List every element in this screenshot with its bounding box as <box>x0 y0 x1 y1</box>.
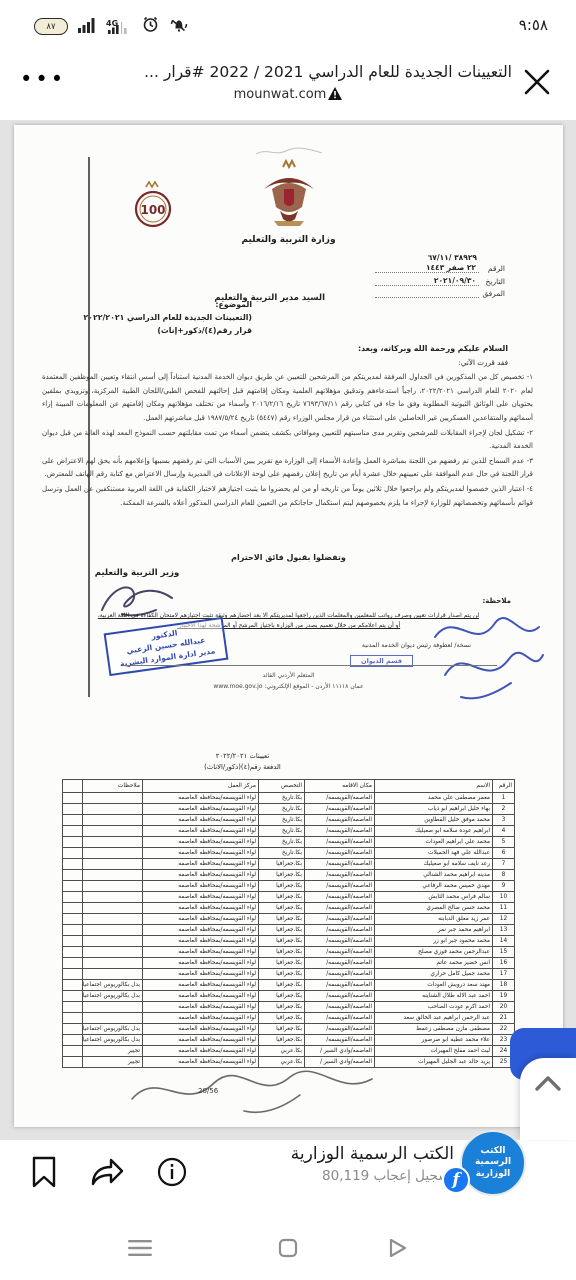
table-row: 4ابراهيم عوده سلامه ابو صعيليكالعاصمه/ال… <box>63 826 515 837</box>
table-row: 22مصطفى مازن مصطفى زعمطالعاصمه/القويسمه/… <box>63 1024 515 1035</box>
minister-title: وزير التربية والتعليم <box>72 568 202 578</box>
table-cell-residence: العاصمه/القويسمه/ <box>305 914 375 925</box>
table-cell-extra <box>63 870 83 881</box>
table-cell-spec: بكا.جغرافيا <box>259 947 305 958</box>
nav-back-button[interactable] <box>380 1230 416 1266</box>
battery-percent: ٨٧ <box>46 22 55 32</box>
centennial-100-logo: 100 <box>126 177 180 239</box>
table-cell-name: مهدي خميس محمد الرفاعي <box>375 881 493 892</box>
table-cell-spec: بكا.جغرافيا <box>259 870 305 881</box>
table-cell-extra <box>63 1046 83 1057</box>
table-cell-center: لواء القويسمه/بمحافظه العاصمه <box>143 848 259 859</box>
table-cell-center: لواء القويسمه/بمحافظه العاصمه <box>143 815 259 826</box>
scroll-to-top-button[interactable] <box>520 1058 576 1140</box>
table-cell-name: محمد موفق خليل القطاوين <box>375 815 493 826</box>
table-cell-residence: العاصمه/القويسمه/ <box>305 881 375 892</box>
table-cell-center: لواء القويسمه/بمحافظه العاصمه <box>143 870 259 881</box>
footer-address: عمان ١١١١٨ الأردن - الموقع الإلكتروني: w… <box>14 682 563 693</box>
table-row: 16انس خضير محمد عاتمالعاصمه/القويسمه/بكا… <box>63 958 515 969</box>
table-cell-spec: بكا.جغرافيا <box>259 1013 305 1024</box>
nav-menu-button[interactable] <box>122 1230 158 1266</box>
letter-paragraph: ٤- اعتبار الذين خصصوا لمديريتكم ولم يراج… <box>42 483 533 510</box>
avatar-line1: الكتب <box>481 1146 506 1157</box>
share-button[interactable] <box>88 1152 128 1192</box>
document-footer: المتعلم الأردني القائد عمان ١١١١٨ الأردن… <box>14 671 563 693</box>
ministry-name: وزارة التربية والتعليم <box>14 235 563 245</box>
nav-home-button[interactable] <box>270 1230 306 1266</box>
table-cell-name: ابراهيم عوده سلامه ابو صعيليك <box>375 826 493 837</box>
table-cell-no: 14 <box>493 936 515 947</box>
table-cell-no: 21 <box>493 1013 515 1024</box>
table-cell-center: لواء القويسمه/بمحافظه العاصمه <box>143 991 259 1002</box>
table-row: 18مهند سعد درويش العوداتالعاصمه/القويسمه… <box>63 980 515 991</box>
col-work-center: مركز العمل <box>143 780 259 793</box>
footer-slogan: المتعلم الأردني القائد <box>14 671 563 682</box>
table-cell-no: 9 <box>493 881 515 892</box>
table-cell-extra <box>63 936 83 947</box>
table-cell-spec: بكا.تاريخ <box>259 804 305 815</box>
table-cell-no: 17 <box>493 969 515 980</box>
table-title-year: تعيينات ٢٠٢٢/٢٠٢١ <box>14 751 471 762</box>
close-button[interactable] <box>516 61 558 103</box>
battery-icon: ٨٧ <box>34 18 68 35</box>
letter-paragraph: ١- تخصيص كل من المذكورين في الجداول المر… <box>42 371 533 426</box>
facebook-page-name: الكتب الرسمية الوزارية <box>291 1144 454 1164</box>
table-cell-note <box>83 837 143 848</box>
table-cell-name: بهاء خليل ابراهيم ابو ذياب <box>375 804 493 815</box>
table-cell-extra <box>63 1013 83 1024</box>
status-bar: ٩:٥٨ ٨٧ 4G <box>0 0 576 55</box>
table-cell-spec: بكا.جغرافيا <box>259 1002 305 1013</box>
table-cell-extra <box>63 969 83 980</box>
reader-header: ••• التعيينات الجديدة للعام الدراسي 2021… <box>0 55 576 120</box>
table-row: 24ليث احمد مفلح المهيراتالعاصمه/وادي الس… <box>63 1046 515 1057</box>
table-cell-name: مهند سعد درويش العودات <box>375 980 493 991</box>
table-cell-residence: العاصمه/القويسمه/ <box>305 958 375 969</box>
table-cell-spec: بكا.عربي <box>259 1046 305 1057</box>
table-cell-center: لواء القويسمه/بمحافظه العاصمه <box>143 1002 259 1013</box>
table-cell-residence: العاصمه/القويسمه/ <box>305 870 375 881</box>
jordan-coat-of-arms-icon <box>258 155 320 235</box>
subject-line2: قرار رقم(٤)/ذكور+إناث) <box>64 325 252 338</box>
table-row: 14محمد محمود جبر ابو زرالعاصمه/القويسمه/… <box>63 936 515 947</box>
table-cell-note <box>83 969 143 980</box>
table-row: 6عبدالله علي فهد الحميلاتالعاصمه/القويسم… <box>63 848 515 859</box>
col-notes: ملاحظات <box>83 780 143 793</box>
table-cell-center: لواء القويسمه/بمحافظه العاصمه <box>143 936 259 947</box>
col-residence: مكان الاقامه <box>305 780 375 793</box>
table-cell-spec: بكا.جغرافيا <box>259 892 305 903</box>
table-row: 21عبد الرحمن ابراهيم عبد الخالق سعدالعاص… <box>63 1013 515 1024</box>
table-row: 2بهاء خليل ابراهيم ابو ذيابالعاصمه/القوي… <box>63 804 515 815</box>
table-cell-center: لواء القويسمه/بمحافظه العاصمه <box>143 903 259 914</box>
table-titles: تعيينات ٢٠٢٢/٢٠٢١ الدفعة رقم(٤)(ذكور/الا… <box>14 751 471 773</box>
avatar-line2: الرسمية <box>475 1157 511 1168</box>
table-cell-note <box>83 903 143 914</box>
table-cell-name: علاء محمد عطيه ابو صرصور <box>375 1035 493 1046</box>
table-cell-residence: العاصمه/القويسمه/ <box>305 793 375 804</box>
centennial-number: 100 <box>140 203 165 217</box>
table-bottom-signatures-icon <box>124 1063 394 1123</box>
table-cell-extra <box>63 991 83 1002</box>
table-cell-center: لواء القويسمه/بمحافظه العاصمه <box>143 914 259 925</box>
table-cell-note: بدل بكالوريوس اجتماعيات <box>83 991 143 1002</box>
table-cell-center: لواء القويسمه/بمحافظه العاصمه <box>143 804 259 815</box>
table-cell-spec: بكا.جغرافيا <box>259 958 305 969</box>
table-row: 1معمر مصطفى علي محمدالعاصمه/القويسمه/بكا… <box>63 793 515 804</box>
subject-label: الموضوع: <box>64 299 252 312</box>
table-cell-spec: بكا.جغرافيا <box>259 1024 305 1035</box>
table-cell-name: ابراهيم محمد جبر نمر <box>375 925 493 936</box>
table-cell-name: عبدالرحمن محمد فوزي مصلح <box>375 947 493 958</box>
table-cell-residence: العاصمه/القويسمه/ <box>305 1002 375 1013</box>
table-cell-center: لواء القويسمه/بمحافظه العاصمه <box>143 859 259 870</box>
table-cell-residence: العاصمه/القويسمه/ <box>305 826 375 837</box>
table-cell-name: مصطفى مازن مصطفى زعمط <box>375 1024 493 1035</box>
table-cell-note <box>83 870 143 881</box>
table-cell-residence: العاصمه/القويسمه/ <box>305 903 375 914</box>
table-cell-extra <box>63 826 83 837</box>
table-cell-note: تجيير <box>83 1046 143 1057</box>
table-cell-extra <box>63 837 83 848</box>
signal-icon <box>78 17 96 37</box>
table-cell-no: 1 <box>493 793 515 804</box>
table-cell-spec: بكا.جغرافيا <box>259 881 305 892</box>
table-cell-extra <box>63 859 83 870</box>
table-cell-spec: بكا.جغرافيا <box>259 914 305 925</box>
table-cell-residence: العاصمه/القويسمه/ <box>305 859 375 870</box>
table-cell-spec: بكا.تاريخ <box>259 815 305 826</box>
table-cell-no: 16 <box>493 958 515 969</box>
table-header-row: الرقم الاسم مكان الاقامه التخصص مركز الع… <box>63 780 515 793</box>
table-cell-name: محمد جميل كامل حراري <box>375 969 493 980</box>
table-cell-note <box>83 793 143 804</box>
table-cell-spec: بكا.تاريخ <box>259 837 305 848</box>
alarm-clock-icon <box>142 16 159 37</box>
table-cell-residence: العاصمه/القويسمه/ <box>305 1024 375 1035</box>
facebook-letter: f <box>452 1170 459 1190</box>
table-cell-note <box>83 1013 143 1024</box>
table-cell-extra <box>63 914 83 925</box>
source-domain: mounwat.com <box>234 87 327 102</box>
table-cell-extra <box>63 892 83 903</box>
table-cell-extra <box>63 793 83 804</box>
col-name: الاسم <box>375 780 493 793</box>
table-cell-center: لواء القويسمه/بمحافظه العاصمه <box>143 947 259 958</box>
table-row: 15عبدالرحمن محمد فوزي مصلحالعاصمه/القويس… <box>63 947 515 958</box>
table-cell-center: لواء القويسمه/بمحافظه العاصمه <box>143 1035 259 1046</box>
table-cell-name: محمد علي ابراهيم العودات <box>375 837 493 848</box>
table-cell-center: لواء القويسمه/بمحافظه العاصمه <box>143 958 259 969</box>
table-cell-spec: بكا.جغرافيا <box>259 980 305 991</box>
ref-attachment-value <box>375 289 479 298</box>
table-cell-residence: العاصمه/القويسمه/ <box>305 947 375 958</box>
table-cell-no: 20 <box>493 1002 515 1013</box>
table-cell-center: لواء القويسمه/بمحافظه العاصمه <box>143 1024 259 1035</box>
table-cell-name: سالم فراس محمد الثابش <box>375 892 493 903</box>
page-info: الكتب الرسمية الوزارية 80,119 تسجيل إعجا… <box>291 1144 454 1184</box>
subject-block: الموضوع: (التعيينات الجديدة للعام الدراس… <box>64 299 252 338</box>
subject-line1: (التعيينات الجديدة للعام الدراسي ٢٠٢٢/٢٠… <box>64 312 252 325</box>
facebook-badge-icon: f <box>442 1166 470 1194</box>
ref-date-hijri: ٢٢ صفر ١٤٤٣ <box>375 263 479 273</box>
table-cell-extra <box>63 925 83 936</box>
table-cell-residence: العاصمه/القويسمه/ <box>305 936 375 947</box>
table-row: 10سالم فراس محمد الثابشالعاصمه/القويسمه/… <box>63 892 515 903</box>
table-cell-name: معمر مصطفى علي محمد <box>375 793 493 804</box>
table-cell-no: 8 <box>493 870 515 881</box>
col-number: الرقم <box>493 780 515 793</box>
table-row: 17محمد جميل كامل حراريالعاصمه/القويسمه/ب… <box>63 969 515 980</box>
table-cell-residence: العاصمه/القويسمه/ <box>305 892 375 903</box>
table-cell-name: ليث احمد مفلح المهيرات <box>375 1046 493 1057</box>
android-nav-bar <box>0 1216 576 1280</box>
table-cell-note <box>83 947 143 958</box>
info-button[interactable] <box>152 1152 192 1192</box>
table-row: 23علاء محمد عطيه ابو صرصورالعاصمه/القويس… <box>63 1035 515 1046</box>
ref-attachment-label: المرفق <box>479 289 505 298</box>
clock-time: ٩:٥٨ <box>519 16 548 34</box>
letter-intro: فقد قررت الآتي: <box>458 358 508 367</box>
table-cell-spec: بكا.جغرافيا <box>259 859 305 870</box>
table-cell-residence: العاصمه/القويسمه/ <box>305 980 375 991</box>
article-content-area: 100 وزارة التربية والتعليم ٣٨٩٢٩ /٦٧/١١ … <box>0 120 576 1140</box>
table-cell-no: 7 <box>493 859 515 870</box>
table-cell-residence: العاصمه/وادي السير / <box>305 1046 375 1057</box>
table-cell-extra <box>63 1024 83 1035</box>
table-cell-extra <box>63 848 83 859</box>
table-cell-note <box>83 936 143 947</box>
table-row: 19احمد عبد الاله طلال الشناينهالعاصمه/ال… <box>63 991 515 1002</box>
table-cell-note <box>83 925 143 936</box>
table-cell-note <box>83 804 143 815</box>
table-cell-no: 2 <box>493 804 515 815</box>
page-action-bar: الكتب الرسمية الوزارية 80,119 تسجيل إعجا… <box>0 1140 576 1216</box>
letter-paragraph: ٢- تشكيل لجان لإجراء المقابلات للمرشحين … <box>42 427 533 454</box>
table-cell-extra <box>63 1035 83 1046</box>
table-cell-residence: العاصمه/القويسمه/ <box>305 815 375 826</box>
table-cell-no: 5 <box>493 837 515 848</box>
table-cell-center: لواء القويسمه/بمحافظه العاصمه <box>143 1046 259 1057</box>
letter-salutation: السلام عليكم ورحمة الله وبركاته، وبعد: <box>358 344 508 353</box>
table-row: 11محمد حسن صالح المصريالعاصمه/القويسمه/ب… <box>63 903 515 914</box>
page-avatar[interactable]: الكتب الرسمية الوزارية <box>460 1130 526 1196</box>
avatar-line3: الوزارية <box>476 1169 510 1180</box>
table-cell-extra <box>63 804 83 815</box>
table-row: 12عمر زيد معلق الدبابنهالعاصمه/القويسمه/… <box>63 914 515 925</box>
table-cell-note <box>83 914 143 925</box>
table-cell-no: 10 <box>493 892 515 903</box>
table-cell-center: لواء القويسمه/بمحافظه العاصمه <box>143 969 259 980</box>
table-cell-residence: العاصمه/القويسمه/ <box>305 991 375 1002</box>
ref-number: ٣٨٩٢٩ /٦٧/١١ <box>375 253 477 262</box>
table-cell-extra <box>63 903 83 914</box>
table-cell-center: لواء القويسمه/بمحافظه العاصمه <box>143 1013 259 1024</box>
table-cell-spec: بكا.جغرافيا <box>259 903 305 914</box>
table-row: 8مدينه ابراهيم محمد الشناليالعاصمه/القوي… <box>63 870 515 881</box>
table-cell-residence: العاصمه/القويسمه/ <box>305 804 375 815</box>
table-cell-note: بدل بكالوريوس اجتماعيات <box>83 980 143 991</box>
table-cell-no: 11 <box>493 903 515 914</box>
warning-icon <box>326 87 342 102</box>
page-number-marker: 20/56 <box>198 1087 218 1095</box>
table-cell-no: 3 <box>493 815 515 826</box>
table-cell-no: 18 <box>493 980 515 991</box>
table-cell-name: احمد اكرم عودت الصاحب <box>375 1002 493 1013</box>
bell-muted-icon <box>169 16 189 37</box>
table-cell-note <box>83 826 143 837</box>
table-cell-no: 22 <box>493 1024 515 1035</box>
table-cell-center: لواء القويسمه/بمحافظه العاصمه <box>143 925 259 936</box>
col-specialty: التخصص <box>259 780 305 793</box>
table-cell-no: 6 <box>493 848 515 859</box>
table-cell-center: لواء القويسمه/بمحافظه العاصمه <box>143 837 259 848</box>
table-cell-name: احمد عبد الاله طلال الشناينه <box>375 991 493 1002</box>
table-cell-spec: بكا.جغرافيا <box>259 991 305 1002</box>
table-cell-spec: بكا.جغرافيا <box>259 925 305 936</box>
table-cell-spec: بكا.تاريخ <box>259 793 305 804</box>
ref-number-label: الرقم <box>479 264 505 273</box>
note-label: ملاحظة: <box>482 597 511 605</box>
ref-date-label: التاريخ <box>479 277 505 286</box>
table-cell-note <box>83 815 143 826</box>
table-cell-residence: العاصمه/القويسمه/ <box>305 1013 375 1024</box>
bookmark-button[interactable] <box>24 1152 64 1192</box>
table-cell-note: بدل بكالوريوس اجتماعيات <box>83 1035 143 1046</box>
article-title: التعيينات الجديدة للعام الدراسي 2021 / 2… <box>96 63 512 81</box>
table-cell-residence: العاصمه/القويسمه/ <box>305 1035 375 1046</box>
table-cell-name: محمد حسن صالح المصري <box>375 903 493 914</box>
table-cell-center: لواء القويسمه/بمحافظه العاصمه <box>143 892 259 903</box>
table-cell-no: 13 <box>493 925 515 936</box>
table-cell-note <box>83 881 143 892</box>
source-link[interactable]: mounwat.com <box>0 87 576 102</box>
table-cell-residence: العاصمه/القويسمه/ <box>305 848 375 859</box>
table-title-batch: الدفعة رقم(٤)(ذكور/الاناث) <box>14 762 471 773</box>
table-cell-spec: بكا.جغرافيا <box>259 1035 305 1046</box>
table-cell-extra <box>63 1057 83 1068</box>
table-cell-spec: بكا.تاريخ <box>259 826 305 837</box>
table-row: 3محمد موفق خليل القطاوينالعاصمه/القويسمه… <box>63 815 515 826</box>
table-cell-extra <box>63 947 83 958</box>
table-cell-note <box>83 892 143 903</box>
table-cell-extra <box>63 980 83 991</box>
table-cell-name: عبدالله علي فهد الحميلات <box>375 848 493 859</box>
page-likes-count: 80,119 تسجيل إعجاب <box>291 1168 454 1184</box>
table-cell-center: لواء القويسمه/بمحافظه العاصمه <box>143 980 259 991</box>
table-cell-note <box>83 958 143 969</box>
letter-closing: وتفضلوا بقبول فائق الاحترام <box>14 553 563 562</box>
table-row: 13ابراهيم محمد جبر نمرالعاصمه/القويسمه/ب… <box>63 925 515 936</box>
table-cell-extra <box>63 881 83 892</box>
table-cell-name: عمر زيد معلق الدبابنه <box>375 914 493 925</box>
table-cell-spec: بكا.تاريخ <box>259 848 305 859</box>
table-cell-no: 19 <box>493 991 515 1002</box>
table-cell-name: محمد محمود جبر ابو زر <box>375 936 493 947</box>
table-cell-spec: بكا.جغرافيا <box>259 969 305 980</box>
table-row: 5محمد علي ابراهيم العوداتالعاصمه/القويسم… <box>63 837 515 848</box>
table-cell-center: لواء القويسمه/بمحافظه العاصمه <box>143 793 259 804</box>
ref-date-gregorian: ٢٠٢١/٠٩/٣٠ <box>375 276 479 286</box>
table-row: 20احمد اكرم عودت الصاحبالعاصمه/القويسمه/… <box>63 1002 515 1013</box>
table-cell-name: مدينه ابراهيم محمد الشنالي <box>375 870 493 881</box>
signal-4g-icon: 4G <box>106 18 132 35</box>
table-cell-note <box>83 859 143 870</box>
table-cell-note <box>83 848 143 859</box>
scanned-document-page: 100 وزارة التربية والتعليم ٣٨٩٢٩ /٦٧/١١ … <box>14 125 563 1127</box>
letter-paragraph: ٣- عدم السماح للذين تم رفضهم من اللجنة ب… <box>42 455 533 482</box>
letter-body: ١- تخصيص كل من المذكورين في الجداول المر… <box>42 371 533 511</box>
chevron-up-icon <box>533 1074 563 1092</box>
table-cell-center: لواء القويسمه/بمحافظه العاصمه <box>143 826 259 837</box>
table-cell-name: عبد الرحمن ابراهيم عبد الخالق سعد <box>375 1013 493 1024</box>
table-cell-no: 12 <box>493 914 515 925</box>
reference-block: ٣٨٩٢٩ /٦٧/١١ الرقم ٢٢ صفر ١٤٤٣ التاريخ ٢… <box>375 253 505 301</box>
table-cell-residence: العاصمه/القويسمه/ <box>305 925 375 936</box>
table-cell-residence: العاصمه/القويسمه/ <box>305 969 375 980</box>
table-cell-extra <box>63 815 83 826</box>
table-cell-no: 4 <box>493 826 515 837</box>
table-row: 7رعد نايف سلامه ابو صعيليكالعاصمه/القويس… <box>63 859 515 870</box>
table-row: 9مهدي خميس محمد الرفاعيالعاصمه/القويسمه/… <box>63 881 515 892</box>
table-cell-extra <box>63 1002 83 1013</box>
table-cell-note <box>83 1002 143 1013</box>
table-cell-name: انس خضير محمد عاتم <box>375 958 493 969</box>
table-cell-residence: العاصمه/القويسمه/ <box>305 837 375 848</box>
footer-divider <box>124 665 497 666</box>
table-cell-note: بدل بكالوريوس اجتماعيات <box>83 1024 143 1035</box>
table-cell-extra <box>63 958 83 969</box>
handwritten-signatures-icon <box>421 613 551 709</box>
table-cell-no: 15 <box>493 947 515 958</box>
table-cell-spec: بكا.جغرافيا <box>259 936 305 947</box>
status-icons: ٨٧ 4G <box>34 16 189 37</box>
col-extra <box>63 780 83 793</box>
table-cell-name: رعد نايف سلامه ابو صعيليك <box>375 859 493 870</box>
table-cell-center: لواء القويسمه/بمحافظه العاصمه <box>143 881 259 892</box>
appointments-table: الرقم الاسم مكان الاقامه التخصص مركز الع… <box>62 779 515 1068</box>
